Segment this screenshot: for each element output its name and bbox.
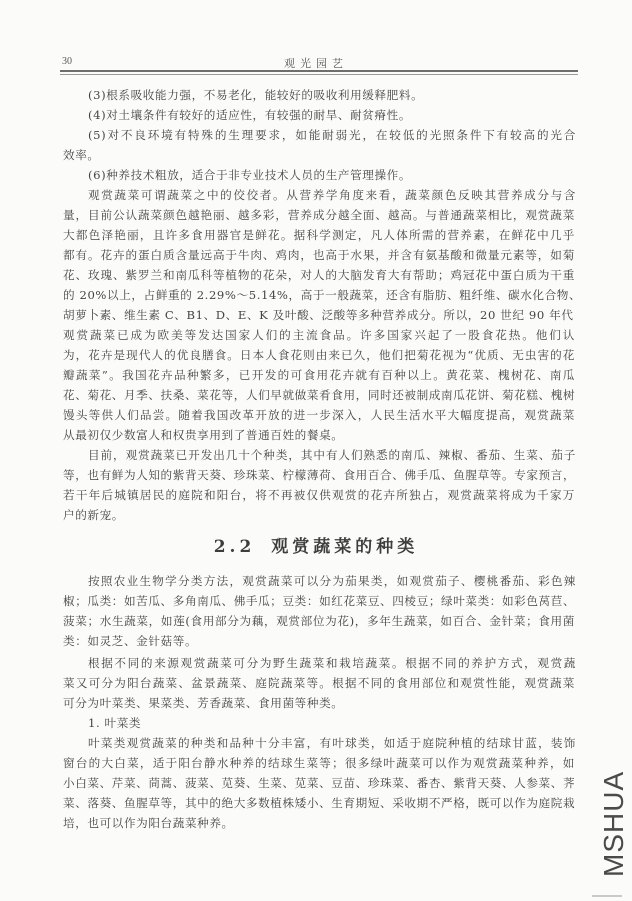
text-line: 从最初仅少数富人和权贵享用到了普通百姓的餐桌。 — [63, 428, 575, 442]
text-line: 花、玫瑰、紫罗兰和南瓜科等植物的花朵，对人的大脑发育大有帮助；鸡冠花中蛋白质为干… — [63, 268, 575, 282]
book-page: 30 观光园艺 (3)根系吸收能力强，不易老化，能较好的吸收利用缓释肥料。(4)… — [0, 0, 632, 901]
text-line: 培，也可以作为阳台蔬菜种养。 — [63, 816, 575, 830]
text-line: (4)对土壤条件有较好的适应性，有较强的耐旱、耐贫瘠性。 — [88, 108, 576, 122]
text-line: 椒；瓜类：如苦瓜、多角南瓜、佛手瓜；豆类：如红花菜豆、四棱豆；绿叶菜类：如彩色莴… — [63, 594, 575, 608]
text-line: 瓣蔬菜”。我国花卉品种繁多，已开发的可食用花卉就有百种以上。黄花菜、槐树花、南瓜 — [63, 368, 575, 382]
text-line: (5)对不良环境有特殊的生理要求，如能耐弱光，在较低的光照条件下有较高的光合 — [88, 128, 576, 142]
text-line: 等，也有鲜为人知的紫背天葵、珍珠菜、柠檬薄荷、食用百合、佛手瓜、鱼腥草等。专家预… — [63, 468, 575, 482]
header-rule-thin — [60, 74, 578, 75]
text-line: 馒头等供人们品尝。随着我国改革开放的进一步深入，人民生活水平大幅度提高，观赏蔬菜 — [63, 408, 575, 422]
text-line: 大都色泽艳丽，且许多食用器官是鲜花。据科学测定，凡人体所需的营养素，在鲜花中几乎 — [63, 228, 575, 242]
text-line: 目前，观赏蔬菜已开发出几十个种类，其中有人们熟悉的南瓜、辣椒、番茄、生菜、茄子 — [88, 448, 576, 462]
text-line: 菜又可分为阳台蔬菜、盆景蔬菜、庭院蔬菜等。根据不同的食用部位和观赏性能，观赏蔬菜 — [63, 676, 575, 690]
text-line: 观赏蔬菜已成为欧美等发达国家人们的主流食品。许多国家兴起了一股食花热。他们认 — [63, 328, 575, 342]
text-line: 1. 叶菜类 — [88, 716, 576, 730]
text-line: 叶菜类观赏蔬菜的种类和品种十分丰富，有叶球类，如适于庭院种植的结球甘蓝，装饰 — [88, 736, 576, 750]
text-line: 按照农业生物学分类方法，观赏蔬菜可以分为茄果类，如观赏茄子、樱桃番茄、彩色辣 — [88, 574, 576, 588]
text-line: 量，目前公认蔬菜颜色越艳丽、越多彩，营养成分越全面、越高。与普通蔬菜相比，观赏蔬… — [63, 208, 575, 222]
header-rule-thick — [60, 70, 578, 72]
text-line: 效率。 — [63, 148, 575, 162]
text-line: 类：如灵芝、金针菇等。 — [63, 634, 575, 648]
text-line: 菠菜；水生蔬菜，如莲(食用部分为藕，观赏部位为花)，多年生蔬菜，如百合、金针菜；… — [63, 614, 575, 628]
scan-edge-mark — [592, 895, 622, 897]
text-line: 为，花卉是现代人的优良膳食。日本人食花则由来已久，他们把菊花视为“优质、无虫害的… — [63, 348, 575, 362]
section-number: 2.2 — [214, 537, 256, 557]
text-line: 窗台的大白菜，适于阳台静水种养的结球生菜等；很多绿叶蔬菜可以作为观赏蔬菜种养，如 — [63, 756, 575, 770]
text-line: (3)根系吸收能力强，不易老化，能较好的吸收利用缓释肥料。 — [88, 88, 576, 102]
running-head-title: 观光园艺 — [0, 55, 632, 71]
text-line: 根据不同的来源观赏蔬菜可分为野生蔬菜和栽培蔬菜。根据不同的养护方式，观赏蔬 — [88, 656, 576, 670]
text-line: 小白菜、芹菜、茼蒿、菠菜、苋葵、生菜、苋菜、豆苗、珍珠菜、番杏、紫背天葵、人参菜… — [63, 776, 575, 790]
watermark-text: MSHUA — [599, 797, 629, 877]
text-line: 可分为叶菜类、果菜类、芳香蔬菜、食用菌等种类。 — [63, 696, 575, 710]
text-line: 花、菊花、月季、扶桑、菜花等，人们早就做菜肴食用，同时还被制成南瓜花饼、菊花糕、… — [63, 388, 575, 402]
text-line: 的 20%以上，占鲜重的 2.29%～5.14%，高于一般蔬菜，还含有脂肪、粗纤… — [63, 288, 575, 302]
text-line: (6)种养技术粗放，适合于非专业技术人员的生产管理操作。 — [88, 168, 576, 182]
text-line: 胡萝卜素、维生素 C、B1、D、E、K 及叶酸、泛酸等多种营养成分。所以，20 … — [63, 308, 575, 322]
text-line: 若干年后城镇居民的庭院和阳台，将不再被仅供观赏的花卉所独占，观赏蔬菜将成为千家万 — [63, 488, 575, 502]
text-line: 观赏蔬菜可谓蔬菜之中的佼佼者。从营养学角度来看，蔬菜颜色反映其营养成分与含 — [88, 188, 576, 202]
section-title: 观赏蔬菜的种类 — [271, 537, 418, 557]
text-line: 都有。花卉的蛋白质含量远高于牛肉、鸡肉，也高于水果，并含有氨基酸和微量元素等，如… — [63, 248, 575, 262]
text-line: 菜、落葵、鱼腥草等，其中的绝大多数植株矮小、生育期短、采收期不严格，既可以作为庭… — [63, 796, 575, 810]
text-line: 户的新宠。 — [63, 508, 575, 522]
section-heading: 2.2观赏蔬菜的种类 — [0, 532, 632, 557]
